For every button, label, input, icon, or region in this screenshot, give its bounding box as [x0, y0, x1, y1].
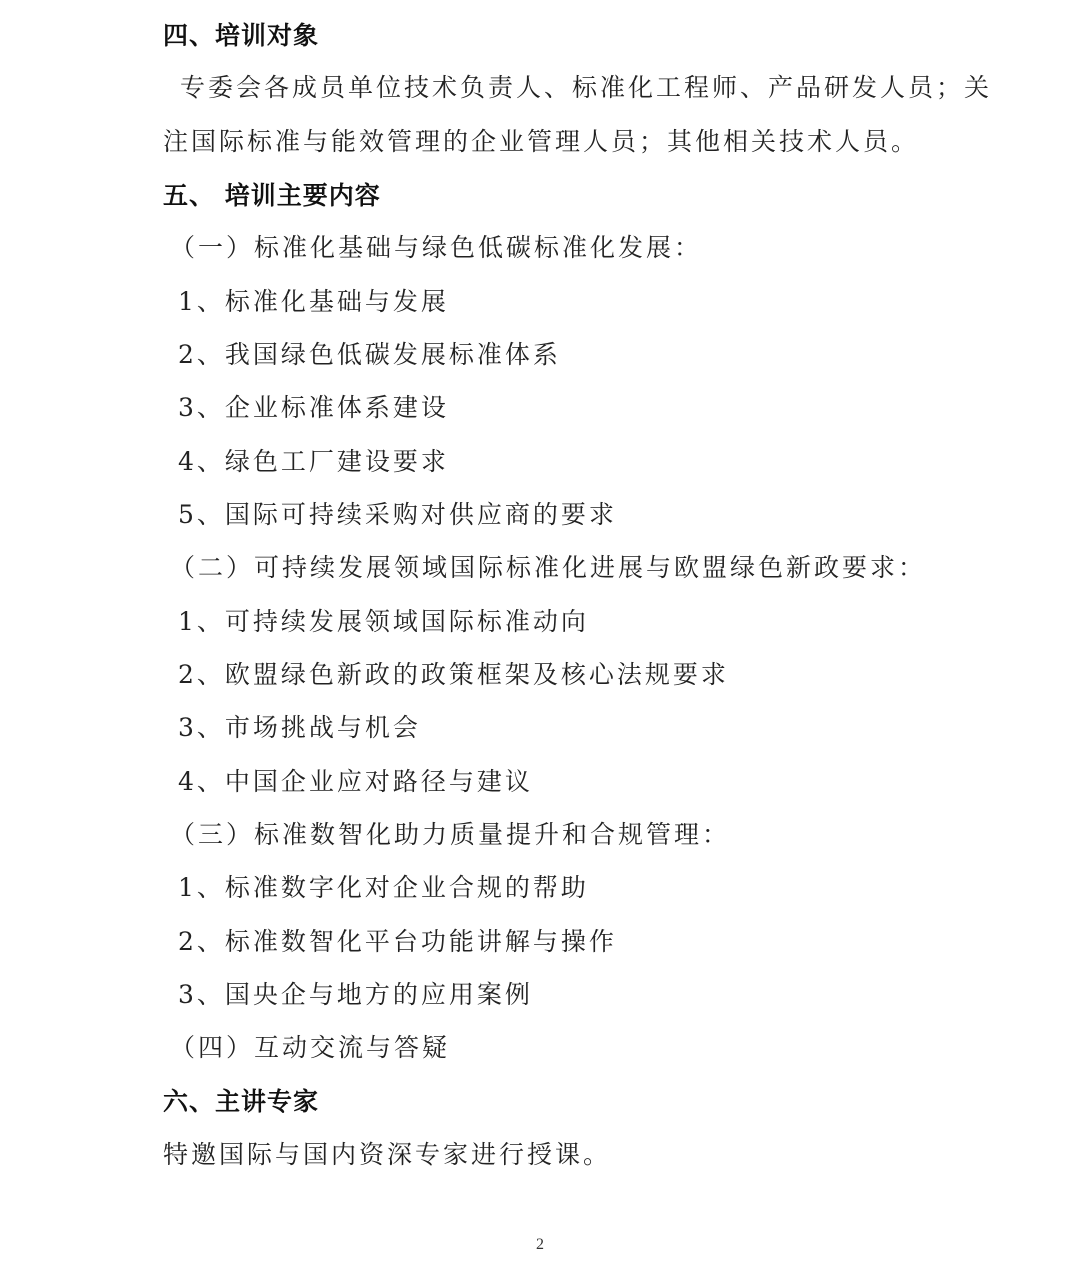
subsection-title-2: （二）可持续发展领域国际标准化进展与欧盟绿色新政要求：: [170, 552, 926, 584]
section-4-paragraph-line-2: 注国际标准与能效管理的企业管理人员；其他相关技术人员。: [163, 126, 919, 158]
list-item: 2、欧盟绿色新政的政策框架及核心法规要求: [178, 659, 729, 691]
list-item: 3、市场挑战与机会: [178, 712, 421, 744]
page-number: 2: [0, 1236, 1080, 1254]
subsection-title-3: （三）标准数智化助力质量提升和合规管理：: [170, 819, 730, 851]
section-heading-4: 四、培训对象: [163, 20, 319, 52]
list-item: 4、中国企业应对路径与建议: [178, 766, 533, 798]
list-item: 1、标准化基础与发展: [178, 286, 449, 318]
list-item: 3、企业标准体系建设: [178, 392, 449, 424]
list-item: 2、我国绿色低碳发展标准体系: [178, 339, 561, 371]
list-item: 3、国央企与地方的应用案例: [178, 979, 533, 1011]
list-item: 5、国际可持续采购对供应商的要求: [178, 499, 617, 531]
list-item: 1、可持续发展领域国际标准动向: [178, 606, 589, 638]
section-heading-6: 六、主讲专家: [163, 1086, 319, 1118]
section-6-paragraph: 特邀国际与国内资深专家进行授课。: [163, 1139, 611, 1171]
list-item: 1、标准数字化对企业合规的帮助: [178, 872, 589, 904]
list-item: 4、绿色工厂建设要求: [178, 446, 449, 478]
section-heading-5: 五、 培训主要内容: [163, 180, 381, 212]
subsection-title-1: （一）标准化基础与绿色低碳标准化发展：: [170, 232, 702, 264]
subsection-title-4: （四）互动交流与答疑: [170, 1032, 450, 1064]
list-item: 2、标准数智化平台功能讲解与操作: [178, 926, 617, 958]
section-4-paragraph-line-1: 专委会各成员单位技术负责人、标准化工程师、产品研发人员；关: [180, 72, 992, 104]
